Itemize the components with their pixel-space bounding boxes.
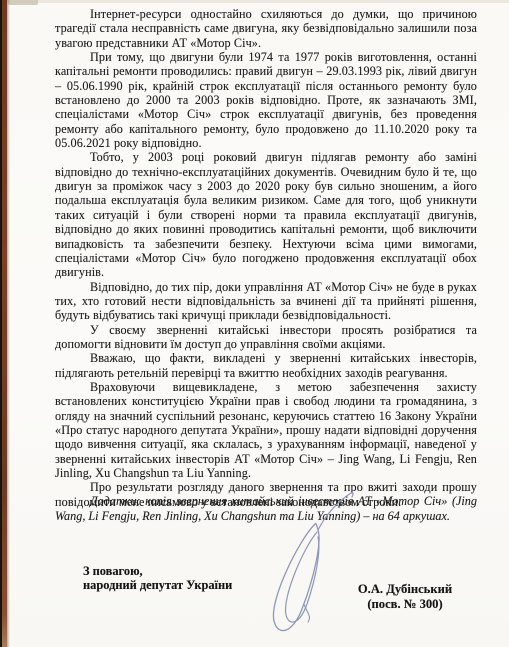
body-paragraph: Інтернет-ресурси одностайно схиляються д… xyxy=(55,7,477,50)
body-paragraph: Відповідно, до тих пір, доки управління … xyxy=(55,280,477,323)
signatory-name: О.А. Дубінський xyxy=(343,582,467,597)
closing-title: народний депутат України xyxy=(83,579,232,593)
signature-scribble xyxy=(255,488,375,643)
closing-block-left: З повагою, народний депутат України xyxy=(83,565,232,592)
closing-block-right: О.А. Дубінський (посв. № 300) xyxy=(343,582,467,611)
closing-salutation: З повагою, xyxy=(83,565,232,579)
body-paragraph: При тому, що двигуни були 1974 та 1977 р… xyxy=(55,50,477,150)
scan-edge-fade xyxy=(7,0,10,647)
signatory-credential: (посв. № 300) xyxy=(343,597,467,612)
letter-body: Інтернет-ресурси одностайно схиляються д… xyxy=(55,7,477,509)
body-paragraph: Вважаю, що факти, викладені у зверненні … xyxy=(55,351,477,380)
scan-top-artifact xyxy=(8,0,38,5)
body-paragraph: У своєму зверненні китайські інвестори п… xyxy=(55,323,477,352)
body-paragraph: Тобто, у 2003 році роковий двигун підляг… xyxy=(55,150,477,279)
body-paragraph: Враховуючи вищевикладене, з метою забезп… xyxy=(55,380,477,480)
scanned-letter-page: Інтернет-ресурси одностайно схиляються д… xyxy=(0,0,509,647)
scan-top-band xyxy=(0,0,509,3)
